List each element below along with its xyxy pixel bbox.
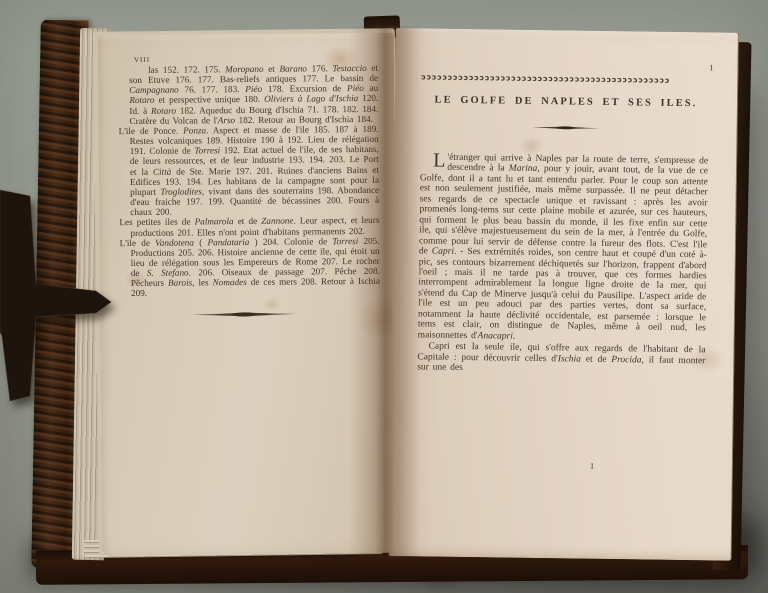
ornament-band: ɔɔɔɔɔɔɔɔɔɔɔɔɔɔɔɔɔɔɔɔɔɔɔɔɔɔɔɔɔɔɔɔɔɔɔɔɔɔɔɔ… <box>421 72 713 85</box>
photo-scene: viii las 152. 172. 175. Moropano et Bara… <box>0 0 768 593</box>
table-of-contents: las 152. 172. 175. Moropano et Barano 17… <box>118 63 380 319</box>
body-paragraph: L'étranger qui arrive à Naples par la ro… <box>418 152 709 344</box>
signature-mark: 1 <box>590 461 594 471</box>
title-rule-ornament <box>532 124 600 132</box>
chapter-body: L'étranger qui arrive à Naples par la ro… <box>417 152 708 377</box>
chapter-title: LE GOLFE DE NAPLES ET SES ILES. <box>395 94 737 110</box>
right-page: 1 ɔɔɔɔɔɔɔɔɔɔɔɔɔɔɔɔɔɔɔɔɔɔɔɔɔɔɔɔɔɔɔɔɔɔɔɔɔɔ… <box>389 28 739 561</box>
swelled-rule-ornament <box>192 310 296 318</box>
paragraph-text: 'étranger qui arrive à Naples par la rou… <box>418 153 709 342</box>
body-paragraph: Capri est la seule ile, qui s'offre aux … <box>417 341 705 376</box>
toc-entry: las 152. 172. 175. Moropano et Barano 17… <box>118 63 379 126</box>
left-page: viii las 152. 172. 175. Moropano et Bara… <box>98 33 399 556</box>
paragraph-text: Capri est la seule ile, qui s'offre aux … <box>417 342 705 373</box>
book-clasp <box>0 178 120 410</box>
toc-entry: Les petites iles de Palmarola et de Zann… <box>119 215 379 238</box>
toc-entry: L'ile de Ponce. Ponza. Aspect et masse d… <box>119 124 380 218</box>
folio-number-left: viii <box>134 55 150 65</box>
folio-number-right: 1 <box>709 62 713 72</box>
drop-cap-initial: L <box>420 152 447 168</box>
toc-entry: L'ile de Vandotena ( Pandataria ) 204. C… <box>120 236 381 299</box>
